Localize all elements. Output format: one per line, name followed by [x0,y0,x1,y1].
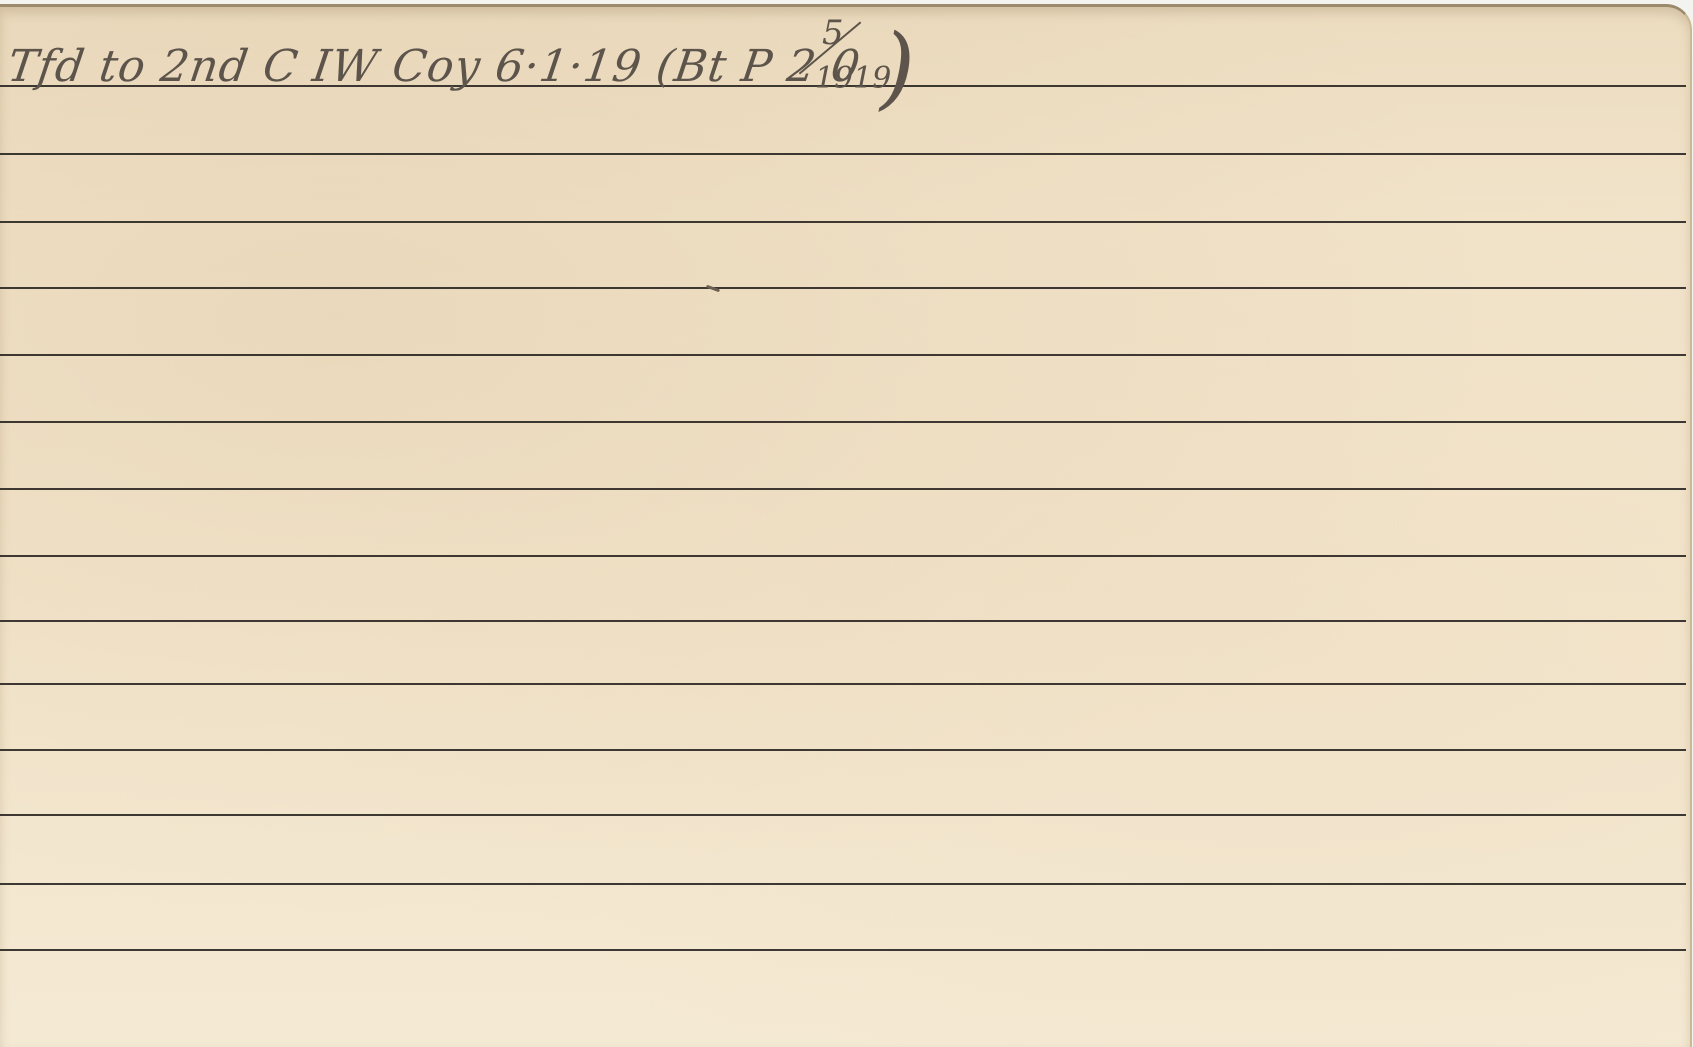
ruled-line [0,814,1686,816]
ruled-line [0,949,1686,951]
ruled-line [0,354,1686,356]
ruled-line [0,620,1686,622]
index-card: Tfd to 2nd C IW Coy 6·1·19 (Bt P 2 0 5 1… [0,4,1692,1044]
ruled-line [0,683,1686,685]
ruled-line [0,749,1686,751]
ruled-line [0,883,1686,885]
paper-speck [706,285,720,293]
ruled-line [0,221,1686,223]
handwritten-closing-paren: ) [880,15,915,120]
ruled-line [0,555,1686,557]
ruled-line [0,421,1686,423]
handwritten-fraction-numerator: 5 [822,13,844,53]
ruled-line [0,287,1686,289]
ruled-line [0,153,1686,155]
ruled-line [0,488,1686,490]
handwritten-transfer-note: Tfd to 2nd C IW Coy 6·1·19 (Bt P 2 0 [4,41,864,92]
